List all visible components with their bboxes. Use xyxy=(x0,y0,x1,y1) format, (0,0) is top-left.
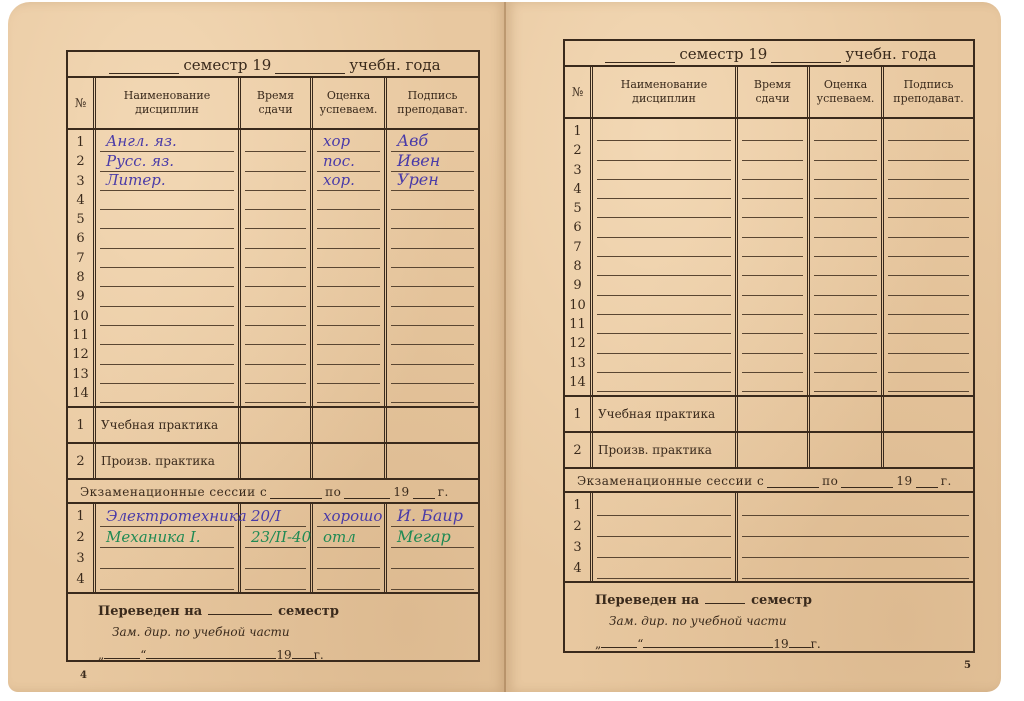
row-number: 3 xyxy=(76,172,84,191)
year-prefix: 19 xyxy=(393,485,409,499)
time-column xyxy=(241,130,313,406)
handwritten-entry: И. Баир xyxy=(397,506,463,525)
year-suffix: г. xyxy=(811,637,821,651)
table-row-cell[interactable] xyxy=(317,210,380,229)
table-row-cell[interactable] xyxy=(742,161,803,180)
practice-grade-cell[interactable] xyxy=(313,444,387,478)
table-row-cell[interactable] xyxy=(814,296,877,315)
table-row-cell[interactable] xyxy=(597,354,731,373)
table-row-cell[interactable]: Механика I. xyxy=(100,527,234,548)
table-row-cell[interactable] xyxy=(245,365,306,384)
row-number: 4 xyxy=(573,180,581,199)
table-row-cell[interactable] xyxy=(742,373,803,392)
row-number: 4 xyxy=(76,569,84,590)
table-row-cell[interactable] xyxy=(317,345,380,364)
handwritten-entry: 20/I xyxy=(251,507,281,525)
handwritten-entry: хор. xyxy=(323,171,355,189)
table-row-cell[interactable] xyxy=(100,345,234,364)
table-row-cell[interactable] xyxy=(742,558,969,579)
table-row-cell[interactable] xyxy=(888,257,969,276)
table-row-cell[interactable] xyxy=(742,218,803,237)
row-numbers: 1234567891011121314 xyxy=(565,119,593,395)
table-row-cell[interactable] xyxy=(597,516,731,537)
table-row-cell[interactable] xyxy=(742,276,803,295)
table-row-cell[interactable] xyxy=(814,257,877,276)
day-blank xyxy=(104,647,140,659)
table-row-cell[interactable] xyxy=(245,152,306,171)
table-row-cell[interactable] xyxy=(814,122,877,141)
year-suffix: г. xyxy=(941,474,952,488)
row-number: 4 xyxy=(76,191,84,210)
transferred-line: Переведен насеместр xyxy=(595,591,973,608)
practice-label: Учебная практика xyxy=(593,397,738,431)
semester-word: семестр xyxy=(278,604,339,619)
practice-label: Учебная практика xyxy=(96,408,241,442)
table-row-cell[interactable] xyxy=(597,141,731,160)
discipline-column xyxy=(593,119,738,395)
handwritten-entry: Механика I. xyxy=(106,528,201,546)
row-number: 5 xyxy=(573,199,581,218)
practice-row-production: 2 Произв. практика xyxy=(565,433,973,469)
practice-grade-cell[interactable] xyxy=(810,433,884,467)
table-row-cell[interactable] xyxy=(100,326,234,345)
semester-title: семестр 19 учебн. года xyxy=(68,52,478,78)
table-row-cell[interactable] xyxy=(100,249,234,268)
practice-number: 1 xyxy=(68,408,96,442)
table-row-cell[interactable]: Литер. xyxy=(100,172,234,191)
month-blank xyxy=(643,636,773,648)
month-blank xyxy=(146,647,276,659)
table-row-cell[interactable] xyxy=(888,199,969,218)
practice-time-cell[interactable] xyxy=(738,397,810,431)
table-row-cell[interactable]: Русс. яз. xyxy=(100,152,234,171)
table-row-cell[interactable] xyxy=(317,287,380,306)
row-number: 7 xyxy=(76,249,84,268)
row-number: 6 xyxy=(573,218,581,237)
practice-row-study: 1 Учебная практика xyxy=(68,408,478,444)
table-row-cell[interactable] xyxy=(814,180,877,199)
right-page: семестр 19 учебн. года № Наименование ди… xyxy=(506,2,1001,692)
handwritten-entry: Русс. яз. xyxy=(106,152,174,170)
table-row-cell[interactable] xyxy=(742,296,803,315)
table-row-cell[interactable] xyxy=(100,268,234,287)
handwritten-entry: хорошо xyxy=(323,507,382,525)
table-row-cell[interactable] xyxy=(742,516,969,537)
exam-discipline-column: ЭлектротехникаМеханика I. xyxy=(96,504,241,592)
table-header: № Наименование дисциплин Время сдачи Оце… xyxy=(565,67,973,119)
table-row-cell[interactable] xyxy=(597,315,731,334)
row-number: 12 xyxy=(569,334,586,353)
table-row-cell[interactable] xyxy=(100,191,234,210)
table-row-cell[interactable] xyxy=(100,307,234,326)
table-row-cell[interactable] xyxy=(391,307,474,326)
table-row-cell[interactable] xyxy=(888,141,969,160)
practice-number: 1 xyxy=(565,397,593,431)
header-no: № xyxy=(565,67,593,117)
table-row-cell[interactable] xyxy=(814,334,877,353)
header-discipline: Наименование дисциплин xyxy=(593,67,738,117)
practice-label: Произв. практика xyxy=(593,433,738,467)
table-row-cell[interactable] xyxy=(597,537,731,558)
table-row-cell[interactable]: хорошо xyxy=(317,506,380,527)
table-row-cell[interactable] xyxy=(888,296,969,315)
practice-row-production: 2 Произв. практика xyxy=(68,444,478,480)
practice-sign-cell[interactable] xyxy=(387,444,478,478)
table-row-cell[interactable] xyxy=(245,249,306,268)
table-row-cell[interactable] xyxy=(814,199,877,218)
year-suffix: г. xyxy=(438,485,449,499)
row-number: 3 xyxy=(573,537,581,558)
row-number: 14 xyxy=(569,373,586,392)
table-row-cell[interactable] xyxy=(742,495,969,516)
table-row-cell[interactable] xyxy=(888,238,969,257)
practice-sign-cell[interactable] xyxy=(884,433,973,467)
transferred-blank xyxy=(208,602,272,615)
table-row-cell[interactable] xyxy=(317,384,380,403)
row-number: 13 xyxy=(569,354,586,373)
table-row-cell[interactable] xyxy=(245,210,306,229)
row-number: 11 xyxy=(72,326,89,345)
year-prefix: 19 xyxy=(896,474,912,488)
practice-sign-cell[interactable] xyxy=(884,397,973,431)
page-number: 5 xyxy=(964,660,971,671)
transferred-label: Переведен на xyxy=(98,604,202,619)
table-row-cell[interactable] xyxy=(245,569,306,590)
table-row-cell[interactable] xyxy=(317,191,380,210)
table-row-cell[interactable] xyxy=(888,354,969,373)
table-row-cell[interactable]: Ивен xyxy=(391,152,474,171)
table-row-cell[interactable] xyxy=(391,548,474,569)
table-row-cell[interactable] xyxy=(391,326,474,345)
table-row-cell[interactable] xyxy=(245,172,306,191)
exam-sessions-title: Экзаменационные сессии с по 19 г. xyxy=(68,480,478,504)
practice-grade-cell[interactable] xyxy=(313,408,387,442)
table-row-cell[interactable] xyxy=(245,229,306,248)
date-line: „“19г. xyxy=(595,636,973,651)
header-signature: Подпись преподават. xyxy=(884,67,973,117)
table-row-cell[interactable] xyxy=(391,345,474,364)
table-row-cell[interactable] xyxy=(391,365,474,384)
table-header: № Наименование дисциплин Время сдачи Оце… xyxy=(68,78,478,130)
academic-year-label: учебн. года xyxy=(845,45,936,63)
table-row-cell[interactable] xyxy=(888,161,969,180)
table-row-cell[interactable] xyxy=(742,354,803,373)
table-row-cell[interactable]: Урен xyxy=(391,172,474,191)
exams-table: 1234 xyxy=(565,493,973,583)
table-row-cell[interactable] xyxy=(742,180,803,199)
row-number: 10 xyxy=(72,307,89,326)
handwritten-entry: Электротехника xyxy=(106,507,247,525)
table-row-cell[interactable] xyxy=(742,141,803,160)
table-row-cell[interactable] xyxy=(391,287,474,306)
year-blank xyxy=(916,475,938,488)
table-row-cell[interactable] xyxy=(391,229,474,248)
to-label: по xyxy=(325,485,341,499)
row-number: 13 xyxy=(72,365,89,384)
row-number: 2 xyxy=(573,141,581,160)
semester-title: семестр 19 учебн. года xyxy=(565,41,973,67)
exam-details-column xyxy=(738,493,973,581)
table-row-cell[interactable] xyxy=(597,495,731,516)
day-blank xyxy=(601,636,637,648)
table-row-cell[interactable] xyxy=(888,334,969,353)
to-label: по xyxy=(822,474,838,488)
transferred-label: Переведен на xyxy=(595,593,699,608)
handwritten-entry: Мегар xyxy=(397,527,451,546)
exam-grade-column: хорошоотл xyxy=(313,504,387,592)
table-row-cell[interactable]: Англ. яз. xyxy=(100,133,234,152)
exams-table: 1234 ЭлектротехникаМеханика I. 20/I23/II… xyxy=(68,504,478,594)
table-row-cell[interactable] xyxy=(100,384,234,403)
row-number: 9 xyxy=(573,276,581,295)
handwritten-entry: хор xyxy=(323,132,350,150)
table-row-cell[interactable] xyxy=(391,384,474,403)
row-number: 8 xyxy=(76,268,84,287)
year-blank xyxy=(789,636,811,648)
header-time: Время сдачи xyxy=(738,67,810,117)
from-blank xyxy=(270,486,322,499)
semester-blank xyxy=(605,48,675,63)
transferred-line: Переведен насеместр xyxy=(98,602,478,619)
header-time: Время сдачи xyxy=(241,78,313,128)
exam-sessions-label: Экзаменационные сессии с xyxy=(80,485,267,499)
table-row-cell[interactable] xyxy=(888,276,969,295)
table-row-cell[interactable] xyxy=(814,315,877,334)
table-row-cell[interactable] xyxy=(391,191,474,210)
table-row-cell[interactable] xyxy=(100,569,234,590)
exam-sessions-label: Экзаменационные сессии с xyxy=(577,474,764,488)
row-number: 1 xyxy=(573,495,581,516)
signature-column xyxy=(884,119,973,395)
table-row-cell[interactable] xyxy=(742,257,803,276)
header-discipline: Наименование дисциплин xyxy=(96,78,241,128)
row-number: 1 xyxy=(76,506,84,527)
table-row-cell[interactable] xyxy=(597,334,731,353)
row-number: 10 xyxy=(569,296,586,315)
row-number: 2 xyxy=(76,152,84,171)
transfer-footer: Переведен насеместр Зам. дир. по учебной… xyxy=(565,583,973,651)
practice-time-cell[interactable] xyxy=(241,444,313,478)
handwritten-entry: Англ. яз. xyxy=(106,132,177,150)
row-number: 3 xyxy=(76,548,84,569)
table-row-cell[interactable] xyxy=(814,354,877,373)
year-suffix: г. xyxy=(314,648,324,662)
to-blank xyxy=(841,475,893,488)
deputy-director-label: Зам. дир. по учебной части xyxy=(112,625,478,639)
header-grade: Оценка успеваем. xyxy=(313,78,387,128)
table-row-cell[interactable] xyxy=(317,548,380,569)
table-row-cell[interactable] xyxy=(814,373,877,392)
table-row-cell[interactable] xyxy=(888,315,969,334)
table-row-cell[interactable] xyxy=(597,218,731,237)
row-number: 5 xyxy=(76,210,84,229)
discipline-column: Англ. яз.Русс. яз.Литер. xyxy=(96,130,241,406)
table-row-cell[interactable] xyxy=(597,558,731,579)
table-row-cell[interactable] xyxy=(597,180,731,199)
table-row-cell[interactable] xyxy=(317,249,380,268)
table-row-cell[interactable] xyxy=(317,569,380,590)
transferred-blank xyxy=(705,591,745,604)
handwritten-entry: Урен xyxy=(397,170,439,189)
table-row-cell[interactable] xyxy=(742,537,969,558)
handwritten-entry: Авб xyxy=(397,131,428,150)
table-row-cell[interactable] xyxy=(317,365,380,384)
table-row-cell[interactable] xyxy=(100,287,234,306)
row-number: 8 xyxy=(573,257,581,276)
row-number: 4 xyxy=(573,558,581,579)
year-blank xyxy=(413,486,435,499)
table-row-cell[interactable]: пос. xyxy=(317,152,380,171)
left-form-frame: семестр 19 учебн. года № Наименование ди… xyxy=(66,50,480,662)
table-row-cell[interactable] xyxy=(245,384,306,403)
table-row-cell[interactable]: 23/II-40 xyxy=(245,527,306,548)
left-page: семестр 19 учебн. года № Наименование ди… xyxy=(8,2,506,692)
time-column xyxy=(738,119,810,395)
date-line: „“19г. xyxy=(98,647,478,662)
table-row-cell[interactable] xyxy=(888,122,969,141)
table-row-cell[interactable] xyxy=(597,122,731,141)
table-row-cell[interactable] xyxy=(245,548,306,569)
exam-row-numbers: 1234 xyxy=(68,504,96,592)
table-row-cell[interactable] xyxy=(597,238,731,257)
table-row-cell[interactable] xyxy=(814,141,877,160)
grade-column: хорпос.хор. xyxy=(313,130,387,406)
exam-time-column: 20/I23/II-40 xyxy=(241,504,313,592)
signature-column: АвбИвенУрен xyxy=(387,130,478,406)
practice-time-cell[interactable] xyxy=(738,433,810,467)
row-number: 14 xyxy=(72,384,89,403)
year-prefix: 19 xyxy=(773,637,788,651)
transfer-footer: Переведен насеместр Зам. дир. по учебной… xyxy=(68,594,478,662)
table-row-cell[interactable]: хор. xyxy=(317,172,380,191)
table-row-cell[interactable] xyxy=(814,276,877,295)
semester-word: семестр xyxy=(751,593,812,608)
table-row-cell[interactable] xyxy=(814,161,877,180)
row-number: 1 xyxy=(573,122,581,141)
semester-label: семестр 19 xyxy=(183,56,271,74)
table-row-cell[interactable] xyxy=(742,315,803,334)
exam-signature-column: И. БаирМегар xyxy=(387,504,478,592)
table-row-cell[interactable] xyxy=(888,180,969,199)
subjects-table: 1234567891011121314 xyxy=(565,119,973,397)
table-row-cell[interactable] xyxy=(245,133,306,152)
table-row-cell[interactable] xyxy=(597,296,731,315)
table-row-cell[interactable] xyxy=(597,257,731,276)
header-grade: Оценка успеваем. xyxy=(810,67,884,117)
subjects-table: 1234567891011121314 Англ. яз.Русс. яз.Ли… xyxy=(68,130,478,408)
table-row-cell[interactable]: Электротехника xyxy=(100,506,234,527)
semester-blank xyxy=(109,59,179,74)
table-row-cell[interactable] xyxy=(391,249,474,268)
table-row-cell[interactable] xyxy=(245,307,306,326)
table-row-cell[interactable]: 20/I xyxy=(245,506,306,527)
table-row-cell[interactable] xyxy=(742,238,803,257)
table-row-cell[interactable] xyxy=(888,373,969,392)
table-row-cell[interactable]: отл xyxy=(317,527,380,548)
handwritten-entry: 23/II-40 xyxy=(251,528,311,546)
handwritten-entry: Литер. xyxy=(106,171,166,189)
table-row-cell[interactable] xyxy=(597,276,731,295)
table-row-cell[interactable] xyxy=(100,229,234,248)
practice-sign-cell[interactable] xyxy=(387,408,478,442)
handwritten-entry: Ивен xyxy=(397,151,440,170)
practice-label: Произв. практика xyxy=(96,444,241,478)
gradebook-spread: семестр 19 учебн. года № Наименование ди… xyxy=(8,2,1008,692)
handwritten-entry: пос. xyxy=(323,152,355,170)
deputy-director-label: Зам. дир. по учебной части xyxy=(609,614,973,628)
row-number: 3 xyxy=(573,161,581,180)
year-blank xyxy=(292,647,314,659)
practice-number: 2 xyxy=(565,433,593,467)
table-row-cell[interactable] xyxy=(597,199,731,218)
semester-label: семестр 19 xyxy=(679,45,767,63)
table-row-cell[interactable] xyxy=(597,161,731,180)
year-prefix: 19 xyxy=(276,648,291,662)
row-numbers: 1234567891011121314 xyxy=(68,130,96,406)
table-row-cell[interactable]: Мегар xyxy=(391,527,474,548)
table-row-cell[interactable] xyxy=(317,326,380,345)
table-row-cell[interactable] xyxy=(888,218,969,237)
page-number: 4 xyxy=(80,670,87,681)
table-row-cell[interactable] xyxy=(317,268,380,287)
row-number: 2 xyxy=(573,516,581,537)
table-row-cell[interactable] xyxy=(391,268,474,287)
table-row-cell[interactable] xyxy=(100,548,234,569)
table-row-cell[interactable] xyxy=(597,373,731,392)
table-row-cell[interactable]: хор xyxy=(317,133,380,152)
table-row-cell[interactable] xyxy=(391,210,474,229)
table-row-cell[interactable] xyxy=(317,229,380,248)
table-row-cell[interactable] xyxy=(742,334,803,353)
practice-time-cell[interactable] xyxy=(241,408,313,442)
header-no: № xyxy=(68,78,96,128)
row-number: 7 xyxy=(573,238,581,257)
table-row-cell[interactable] xyxy=(742,199,803,218)
grade-column xyxy=(810,119,884,395)
exam-sessions-title: Экзаменационные сессии с по 19 г. xyxy=(565,469,973,493)
table-row-cell[interactable] xyxy=(317,307,380,326)
exam-row-numbers: 1234 xyxy=(565,493,593,581)
table-row-cell[interactable] xyxy=(742,122,803,141)
table-row-cell[interactable] xyxy=(245,345,306,364)
table-row-cell[interactable] xyxy=(245,268,306,287)
practice-grade-cell[interactable] xyxy=(810,397,884,431)
table-row-cell[interactable] xyxy=(100,210,234,229)
table-row-cell[interactable] xyxy=(814,238,877,257)
table-row-cell[interactable] xyxy=(245,326,306,345)
from-blank xyxy=(767,475,819,488)
academic-year-label: учебн. года xyxy=(349,56,440,74)
row-number: 12 xyxy=(72,345,89,364)
exam-discipline-column xyxy=(593,493,738,581)
year-blank xyxy=(771,48,841,63)
table-row-cell[interactable] xyxy=(391,569,474,590)
table-row-cell[interactable] xyxy=(814,218,877,237)
to-blank xyxy=(344,486,390,499)
practice-row-study: 1 Учебная практика xyxy=(565,397,973,433)
table-row-cell[interactable]: Авб xyxy=(391,133,474,152)
table-row-cell[interactable] xyxy=(245,287,306,306)
row-number: 9 xyxy=(76,287,84,306)
right-form-frame: семестр 19 учебн. года № Наименование ди… xyxy=(563,39,975,653)
row-number: 11 xyxy=(569,315,586,334)
row-number: 2 xyxy=(76,527,84,548)
table-row-cell[interactable]: И. Баир xyxy=(391,506,474,527)
table-row-cell[interactable] xyxy=(245,191,306,210)
practice-number: 2 xyxy=(68,444,96,478)
row-number: 1 xyxy=(76,133,84,152)
table-row-cell[interactable] xyxy=(100,365,234,384)
